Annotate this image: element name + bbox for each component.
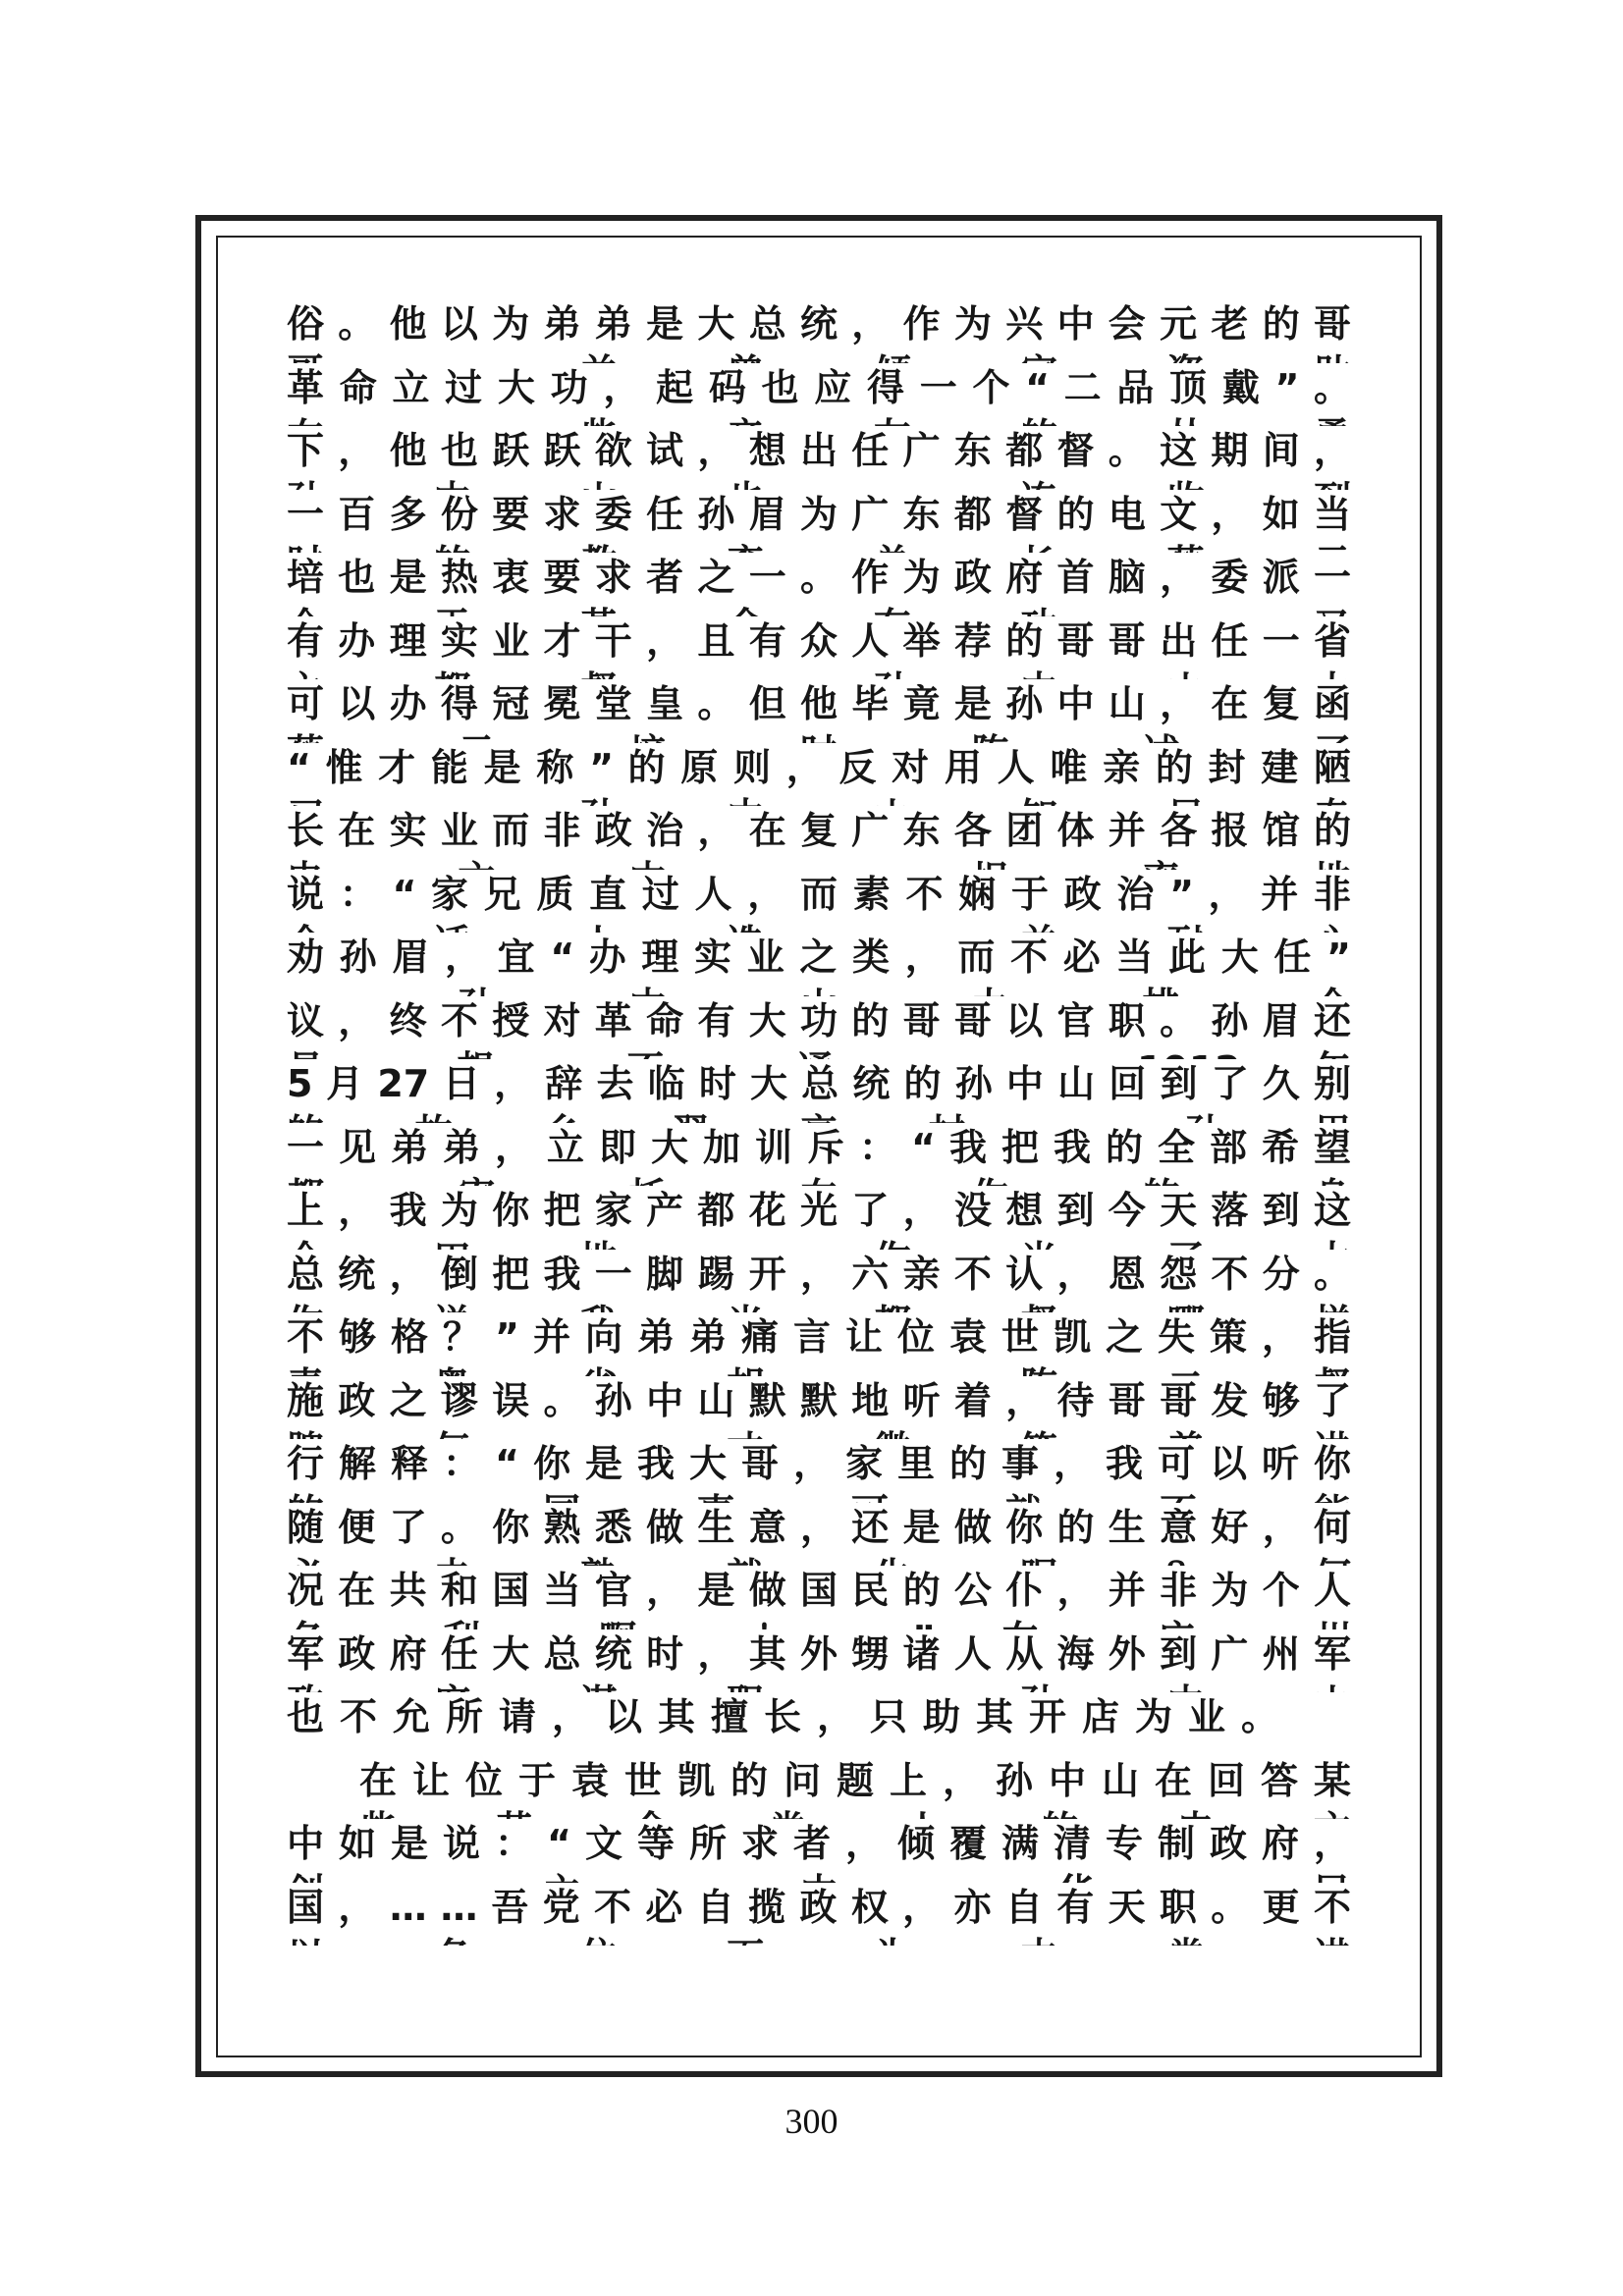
text-line: 在 让 位 于 袁 世 凯 的 问 题 上 ， 孙 中 山 在 回 答 某 些 … [287, 1756, 1351, 1820]
text-line: 5 月 27 日 ， 辞 去 临 时 大 总 统 的 孙 中 山 回 到 了 久… [287, 1059, 1351, 1123]
text-line: “ 惟 才 能 是 称 ” 的 原 则 ， 反 对 用 人 唯 亲 的 封 建 … [287, 743, 1351, 807]
text-line: 俗 。 他 以 为 弟 弟 是 大 总 统 ， 作 为 兴 中 会 元 老 的 … [287, 299, 1351, 363]
page-number: 300 [0, 2101, 1623, 2142]
paragraph: 在 让 位 于 袁 世 凯 的 问 题 上 ， 孙 中 山 在 回 答 某 些 … [287, 1756, 1351, 1947]
paragraph: 俗 。 他 以 为 弟 弟 是 大 总 统 ， 作 为 兴 中 会 元 老 的 … [287, 299, 1351, 1756]
text-line: 可 以 办 得 冠 冕 堂 皇 。 但 他 毕 竟 是 孙 中 山 ， 在 复 … [287, 679, 1351, 743]
text-line: 总 统 ， 倒 把 我 一 脚 踢 开 ， 六 亲 不 认 ， 恩 怨 不 分 … [287, 1250, 1351, 1313]
text-line: 革 命 立 过 大 功 ， 起 码 也 应 得 一 个 “ 二 品 顶 戴 ” … [287, 363, 1351, 427]
text-line: 培 也 是 热 衷 要 求 者 之 一 。 作 为 政 府 首 脑 ， 委 派 … [287, 553, 1351, 616]
text-line: 军 政 府 任 大 总 统 时 ， 其 外 甥 诸 人 从 海 外 到 广 州 … [287, 1629, 1351, 1693]
text-line: 下 ， 他 也 跃 跃 欲 试 ， 想 出 任 广 东 都 督 。 这 期 间 … [287, 426, 1351, 490]
text-line: 中 如 是 说 ： “ 文 等 所 求 者 ， 倾 覆 满 清 专 制 政 府 … [287, 1819, 1351, 1883]
text-line: 议 ， 终 不 授 对 革 命 有 大 功 的 哥 哥 以 官 职 。 孙 眉 … [287, 996, 1351, 1060]
body-text: 俗 。 他 以 为 弟 弟 是 大 总 统 ， 作 为 兴 中 会 元 老 的 … [287, 299, 1351, 1946]
text-line: 一 见 弟 弟 ， 立 即 大 加 训 斥 ： “ 我 把 我 的 全 部 希 … [287, 1123, 1351, 1187]
text-line: 也不允所请，以其擅长，只助其开店为业。 [287, 1692, 1351, 1756]
text-line: 劝 孙 眉 ， 宜 “ 办 理 实 业 之 类 ， 而 不 必 当 此 大 任 … [287, 933, 1351, 996]
text-line: 一 百 多 份 要 求 委 任 孙 眉 为 广 东 都 督 的 电 文 ， 如 … [287, 490, 1351, 554]
text-line: 施 政 之 谬 误 。 孙 中 山 默 默 地 听 着 ， 待 哥 哥 发 够 … [287, 1376, 1351, 1440]
text-line: 国 ， … … 吾 党 不 必 自 揽 政 权 ， 亦 自 有 天 职 。 更 … [287, 1883, 1351, 1947]
text-line: 随 便 了 。 你 熟 悉 做 生 意 ， 还 是 做 你 的 生 意 好 ， … [287, 1503, 1351, 1567]
text-line: 说 ： “ 家 兄 质 直 过 人 ， 而 素 不 娴 于 政 治 ” ， 并 … [287, 870, 1351, 934]
book-page: 俗 。 他 以 为 弟 弟 是 大 总 统 ， 作 为 兴 中 会 元 老 的 … [0, 0, 1623, 2296]
text-line: 长 在 实 业 而 非 政 治 ， 在 复 广 东 各 团 体 并 各 报 馆 … [287, 806, 1351, 870]
text-line: 不 够 格 ？ ” 并 向 弟 弟 痛 言 让 位 袁 世 凯 之 失 策 ， … [287, 1312, 1351, 1376]
text-line: 有 办 理 实 业 才 干 ， 且 有 众 人 举 荐 的 哥 哥 出 任 一 … [287, 616, 1351, 680]
text-line: 上 ， 我 为 你 把 家 产 都 花 光 了 ， 没 想 到 今 天 落 到 … [287, 1186, 1351, 1250]
text-line: 况 在 共 和 国 当 官 ， 是 做 国 民 的 公 仆 ， 并 非 为 个 … [287, 1566, 1351, 1629]
text-line: 行 解 释 ： “ 你 是 我 大 哥 ， 家 里 的 事 ， 我 可 以 听 … [287, 1439, 1351, 1503]
